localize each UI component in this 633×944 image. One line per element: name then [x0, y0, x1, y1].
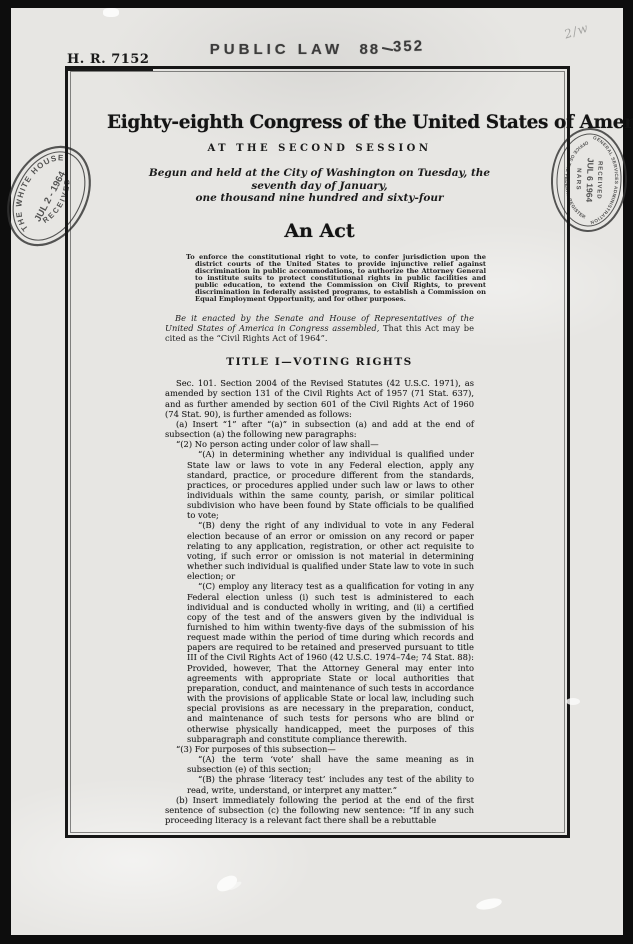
- public-law-number-right: 352: [393, 37, 425, 55]
- enacting-clause: Be it enacted by the Senate and House of…: [165, 314, 474, 343]
- public-law-dash: [382, 47, 393, 51]
- begun-line-2: one thousand nine hundred and sixty-four: [145, 192, 494, 205]
- statute-paragraph: Sec. 101. Section 2004 of the Revised St…: [165, 378, 474, 419]
- gsa-stamp-date: JUL 6 1964: [584, 158, 596, 203]
- scan-artifact: [103, 8, 119, 17]
- statute-paragraph: “(2) No person acting under color of law…: [165, 439, 474, 449]
- statute-paragraph: “(3) For purposes of this subsection—: [165, 744, 474, 754]
- statute-paragraph: (b) Insert immediately following the per…: [165, 795, 474, 825]
- scan-artifact: [214, 872, 240, 894]
- statute-paragraph: “(A) in determining whether any individu…: [187, 449, 474, 520]
- scan-artifact: [566, 698, 580, 705]
- statute-paragraph: “(B) deny the right of any individual to…: [187, 520, 474, 581]
- session-line: AT THE SECOND SESSION: [165, 143, 474, 154]
- public-law-stamp: PUBLIC LAW 88352: [11, 41, 623, 58]
- title-i-heading: TITLE I—VOTING RIGHTS: [165, 356, 474, 368]
- statute-paragraph: “(C) employ any literacy test as a quali…: [187, 581, 474, 744]
- congress-title: Eighty-eighth Congress of the United Sta…: [107, 112, 532, 133]
- document-content: Eighty-eighth Congress of the United Sta…: [71, 72, 564, 832]
- gsa-stamp-received: RECEIVED: [595, 161, 602, 200]
- gsa-stamp-nars: NARS: [575, 168, 582, 191]
- statute-paragraph: (a) Insert “1” after “(a)” in subsection…: [165, 419, 474, 439]
- act-heading: An Act: [165, 220, 474, 242]
- statute-body: Sec. 101. Section 2004 of the Revised St…: [165, 378, 474, 825]
- scan-artifact: [475, 896, 503, 911]
- handwritten-pencil-note: 2/w: [562, 20, 590, 41]
- begun-line-1: Begun and held at the City of Washington…: [145, 167, 494, 192]
- document-border-box: Eighty-eighth Congress of the United Sta…: [65, 66, 570, 838]
- act-purpose-paragraph: To enforce the constitutional right to v…: [186, 254, 486, 304]
- statute-paragraph: “(A) the term ‘vote’ shall have the same…: [187, 754, 474, 774]
- public-law-prefix: PUBLIC LAW: [210, 41, 343, 58]
- begun-held-lines: Begun and held at the City of Washington…: [145, 167, 494, 205]
- statute-paragraph: “(B) the phrase ‘literacy test’ includes…: [187, 774, 474, 794]
- public-law-number-left: 88: [359, 41, 380, 58]
- scanned-document-page: H. R. 7152 PUBLIC LAW 88352 2/w THE WHIT…: [11, 8, 623, 935]
